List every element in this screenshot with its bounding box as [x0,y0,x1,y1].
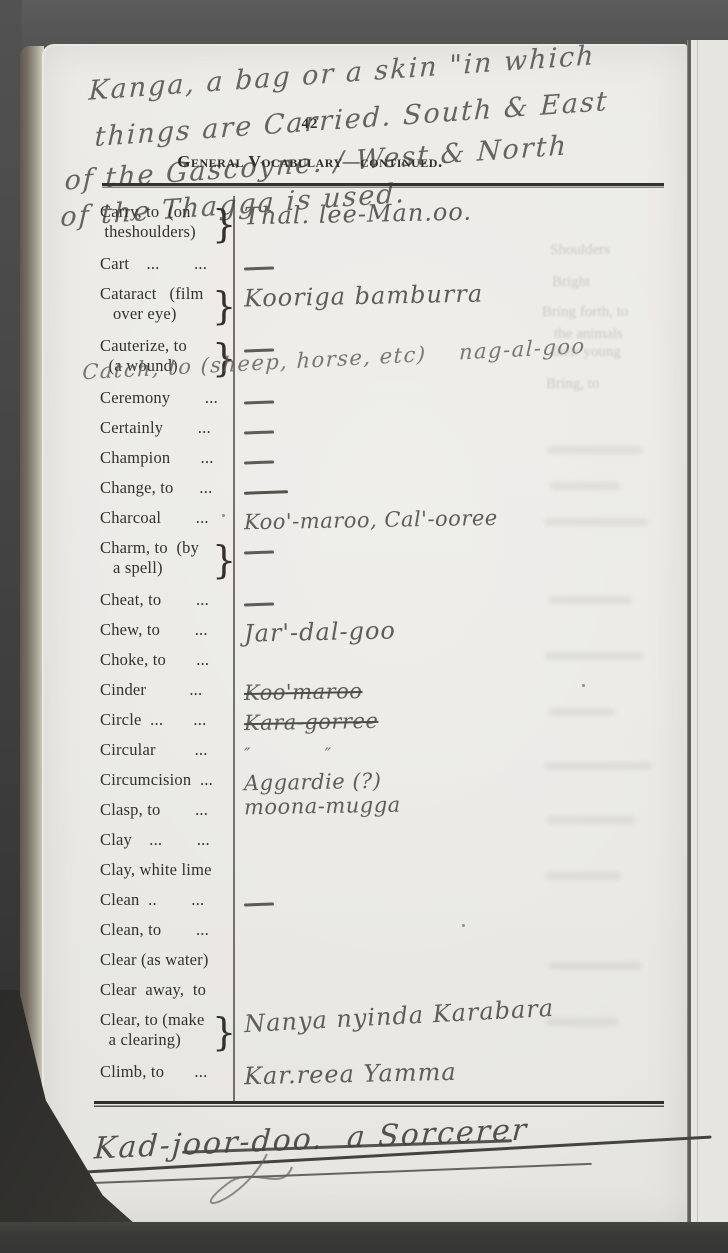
handwritten-dash-mark [244,430,274,434]
bleed-through-smudge [545,652,643,660]
bleed-through-text: their young [552,344,621,361]
translation-cell [220,920,675,950]
handwritten-translation: Jar'-dal-goo [244,618,396,645]
translation-cell [220,890,675,920]
bleed-through-smudge [546,1018,618,1026]
brace-glyph: } [212,199,236,249]
handwritten-dash-mark [244,902,274,906]
adjacent-page-fold-line [697,40,698,1224]
book-gutter-line [687,40,691,1224]
term-text: Clear away, to [100,980,220,1010]
photo-background-bottom [0,1222,728,1253]
table-row: Climb, to ...Kar.reea Yamma [100,1062,675,1092]
handwritten-translation: Kara-gorree [244,711,379,734]
table-row: Clean .. ... [100,890,675,920]
handwritten-dash-mark [244,400,274,404]
handwritten-dash-mark [244,550,274,554]
scanned-book-photo: { "page": { "number": "42", "header": "G… [0,0,728,1253]
term-text: Certainly ... [100,418,220,448]
handwritten-translation: Koo'-maroo, Cal'-ooree [244,508,498,533]
footer-rule [94,1101,664,1108]
handwritten-dash-mark [244,490,288,495]
term-text: Champion ... [100,448,220,478]
term-text: Charm, to (by a spell) [100,538,220,590]
brace-glyph: } [212,1007,236,1057]
bleed-through-smudge [548,596,632,604]
translation-cell: Koo'maroo [220,680,675,710]
handwritten-translation: moona-mugga [244,795,401,819]
table-row: Chew, to ...Jar'-dal-goo [100,620,675,650]
bleed-through-text: Bring forth, to [542,304,628,321]
table-row: Clasp, to ...moona-mugga [100,800,675,830]
term-text: Chew, to ... [100,620,220,650]
bleed-through-smudge [545,872,621,880]
section-header: General Vocabulary—continued. [42,152,578,172]
book-page: Kanga, a bag or a skin "in which things … [42,44,687,1224]
term-text: Clear (as water) [100,950,220,980]
term-text: Choke, to ... [100,650,220,680]
bleed-through-text: Bright [552,274,590,291]
header-rule [102,183,664,188]
translation-cell [220,388,675,418]
term-text: Circular ... [100,740,220,770]
table-row: Cinder ...Koo'maroo [100,680,675,710]
bleed-through-smudge [544,762,652,770]
bleed-through-smudge [550,482,620,490]
bleed-through-text: the animals [554,326,623,343]
translation-cell: moona-mugga [220,800,675,830]
handwritten-translation: ″ ″ [244,745,337,765]
term-text: Change, to ... [100,478,220,508]
page-content: Kanga, a bag or a skin "in which things … [42,44,687,1224]
translation-cell [220,538,675,590]
term-text: Circumcision ... [100,770,220,800]
bleed-through-smudge [547,816,635,824]
handwritten-translation: Koo'maroo [244,681,363,704]
bleed-through-text: Bring, to [546,376,599,393]
handwritten-dash-mark [244,602,274,606]
dust-speck [582,684,585,687]
term-text: Clay ... ... [100,830,220,860]
translation-cell [220,418,675,448]
pencil-loop-squiggle [172,1149,322,1229]
handwritten-translation: Aggardie (?) [244,771,382,794]
translation-cell [220,590,675,620]
term-text: Clasp, to ... [100,800,220,830]
page-number: 42 [42,116,578,133]
bleed-through-smudge [548,962,642,970]
translation-cell: Jar'-dal-goo [220,620,675,650]
bleed-through-smudge [544,518,648,526]
handwritten-translation: Thal. lee-Man.oo. [244,200,472,229]
dust-speck [462,924,465,927]
term-text: Ceremony ... [100,388,220,418]
handwritten-translation: Kar.reea Yamma [244,1060,457,1088]
term-text: Cataract (film over eye) [100,284,220,336]
term-text: Clay, white lime [100,860,220,890]
term-text: Cinder ... [100,680,220,710]
brace-glyph: } [212,535,236,585]
bleed-through-text: Shoulders [550,242,610,259]
table-row: Clean, to ... [100,920,675,950]
handwritten-dash-mark [244,460,274,464]
handwritten-dash-mark [244,266,274,270]
adjacent-page-strip [691,40,728,1224]
table-row: Certainly ... [100,418,675,448]
term-text: Clean, to ... [100,920,220,950]
translation-cell [220,830,675,860]
bleed-through-smudge [547,446,643,454]
dust-speck [222,514,225,517]
term-text: Charcoal ... [100,508,220,538]
table-row: Cheat, to ... [100,590,675,620]
term-text: Cart ... ... [100,254,220,284]
bleed-through-smudge [549,708,615,716]
term-text: Circle ... ... [100,710,220,740]
term-text: Climb, to ... [100,1062,220,1092]
table-row: Clay ... ... [100,830,675,860]
table-row: Charm, to (by a spell)} [100,538,675,590]
term-text: Cheat, to ... [100,590,220,620]
term-text: Clear, to (make a clearing) [100,1010,220,1062]
brace-glyph: } [212,281,236,331]
term-text: Carry, to (on theshoulders) [100,202,220,254]
term-text: Clean .. ... [100,890,220,920]
translation-cell: Kar.reea Yamma [220,1062,675,1092]
handwritten-translation: Kooriga bamburra [244,281,484,310]
